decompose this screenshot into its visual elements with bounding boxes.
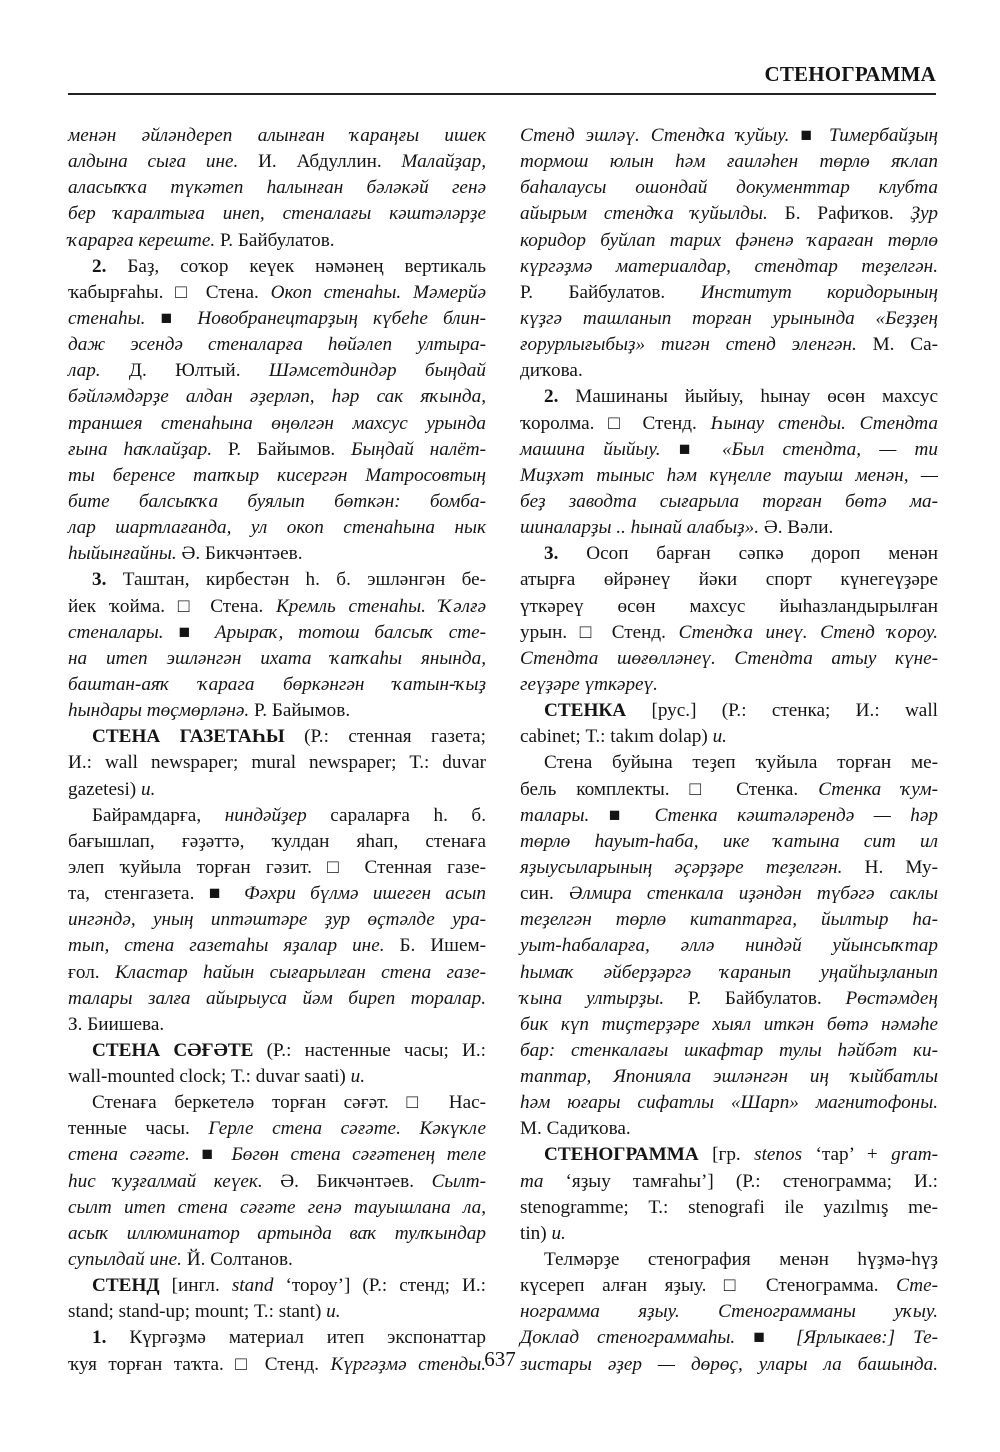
text-line: һымаҡ әйберҙәргә ҡаранып уңайһыҙланып [520,960,938,986]
italic-text: Институт коридорының [701,282,938,303]
text-line: тенные часы. Герле стена сәғәте. Кәкүкле [68,1116,486,1142]
text-line: Р. Байбулатов. Институт коридорының [520,280,938,306]
text-line: бер ҡаралтыға инеп, стеналағы кәштәләрҙе [68,201,486,227]
italic-text: тып, стена газетаһы яҙалар ине. [68,935,400,956]
text-line: Миҙхәт тыныс һәм күңелле тауыш менән, — [520,463,938,489]
italic-text: бәйләмдәрҙе алдан әҙерләп, һәр сак яҡынд… [68,386,486,407]
text-line: даж эсендә стеналарға һөйәлеп ултыра- [68,332,486,358]
text: Осоп барған сәпкә дороп менән [586,543,938,564]
text-line: stenogramme; Т.: stenografi ile yazılmış… [520,1195,938,1221]
text: tin) [520,1223,551,1244]
text: gazetesi) [68,779,141,800]
text: Р. Байымов. [228,439,351,460]
italic-text: и. [326,1301,340,1322]
text: И.: wall newspaper; mural newspaper; Т.:… [68,752,486,773]
text: ■ [800,125,829,146]
text: бель комплекты. □ Стенка. [520,779,818,800]
text: атырға өйрәнеү йәки спорт күнегеүҙәре [520,569,938,590]
text-line: тып, стена газетаһы яҙалар ине. Б. Ишем- [68,933,486,959]
italic-text: ғорурлығыбыҙ» тигән стенд эленгән. [520,334,873,355]
text: Таштан, кирбестән һ. б. эшләнгән бе- [123,569,486,590]
text-line: күргәҙмә материалдар, стендтар теҙелгән. [520,254,938,280]
italic-text: Фәхри бүлмә ишеген асып [244,883,486,904]
text: [рус.] (Р.: стенка; И.: wall [651,700,938,721]
italic-text: таптар, Японияла эшләнгән иң ҡыйбатлы [520,1066,938,1087]
italic-text: уыт-һабаларға, әллә ниндәй уйынсыҡтар [520,935,938,956]
text-line: на итеп эшләнгән ихата ҡапҡаһы янында, [68,646,486,672]
text-line: бите балсыҡҡа буялып бөткән: бомба- [68,489,486,515]
text-line: һыйынғайны. Ә. Бикчәнтәев. [68,541,486,567]
text: ғол. [68,962,115,983]
italic-text: Герле стена сәғәте. Кәкүкле [208,1118,486,1139]
text: Й. Солтанов. [187,1249,293,1270]
text-line: СТЕНД [ингл. stand ‘тороу’] (Р.: стенд; … [68,1273,486,1299]
text: ■ [178,622,214,643]
text-line: лар шартлағанда, ул окоп стенаһына нык [68,515,486,541]
text: ҡоролма. □ Стенд. [520,413,711,434]
italic-text: Тимербайҙың [829,125,938,146]
text-line: күсереп алған яҙыу. □ Стенограмма. Сте- [520,1273,938,1299]
text-line: ғына һаҡлайҙар. Р. Байымов. Быңдай налёт… [68,437,486,463]
text-line: бар: стенкалағы шкафтар тулы һәйбәт ки- [520,1038,938,1064]
text-line: СТЕНА СӘҒӘТЕ (Р.: настенные часы; И.: [68,1038,486,1064]
running-head: СТЕНОГРАММА [764,62,936,87]
text-line: лар. Д. Юлтый. Шәмсетдиндәр быңдай [68,358,486,384]
italic-text: бите балсыҡҡа буялып бөткән: бомба- [68,491,486,512]
italic-text: Бөгөн стена сәғәтенең теле [231,1144,486,1165]
text: ■ [609,805,655,826]
italic-text: ғына һаҡлайҙар. [68,439,228,460]
italic-text: күргәҙмә материалдар, стендтар теҙелгән. [520,256,938,277]
italic-text: ҡарарға кереште. [68,230,220,251]
italic-text: шиналарҙы .. һынай алабыҙ». [520,517,764,538]
text-line: ҡоролма. □ Стенд. Һынау стенды. Стендта [520,411,938,437]
text: күсереп алған яҙыу. □ Стенограмма. [520,1275,896,1296]
text-line: 2. Машинаны йыйыу, һынау өсөн махсус [520,384,938,410]
italic-text: стеналары. [68,622,178,643]
italic-text: Новобранецтарҙың күбеһе блин- [197,308,486,329]
text-line: 2. Баҙ, соҡор кеүек нәмәнең вертикаль [68,254,486,280]
italic-text: Малайҙар, [401,151,486,172]
text-line: СТЕНА ГАЗЕТАҺЫ (Р.: стенная газета; [68,724,486,750]
text-line: ғол. Кластар һайын сығарылған стена газе… [68,960,486,986]
italic-text: баштан-аяҡ ҡарага бөркәнгән ҡатын-ҡыҙ [68,674,486,695]
text-line: СТЕНКА [рус.] (Р.: стенка; И.: wall [520,698,938,724]
italic-text: сылт итеп стена сәғәте генә тауышлана ла… [68,1197,486,1218]
text-line: һәм юғары сифатлы «Шарп» магнитофоны. [520,1090,938,1116]
text-line: һис ҡуҙғалмай кеүек. Ә. Бикчәнтәев. Сылт… [68,1169,486,1195]
text: М. Садиҡова. [520,1118,631,1139]
text: Р. Байбулатов. [520,282,701,303]
text-line: коридор буйлап тарих фәненә ҡараған төрл… [520,228,938,254]
headword: 2. [92,256,127,277]
text-line: 3. Таштан, кирбестән һ. б. эшләнгән бе- [68,567,486,593]
headword: СТЕНКА [544,700,651,721]
text-line: Стенаға беркетелә торған сәғәт. □ Нас- [68,1090,486,1116]
text: Р. Байбулатов. [220,230,335,251]
headword: 3. [92,569,123,590]
italic-text: gram- [891,1144,938,1165]
text-line: траншея стенаһына өңөлгән махсус урында [68,411,486,437]
italic-text: айырым стендҡа ҡуйылды. [520,203,785,224]
text: диҡова. [520,360,583,381]
text: ■ [160,308,197,329]
text-line: тормош юлын һәм ғаиләһен төрлө яҡлап [520,149,938,175]
italic-text: и. [713,726,727,747]
italic-text: аласыҡҡа түкәтеп һалынған бәләкәй генә [68,177,486,198]
italic-text: талары залға айырыуса йәм биреп торалар. [68,988,486,1009]
italic-text: и. [141,779,155,800]
text-line: бик күп тиҫтерҙәре хыял иткән бөтә нәмәһ… [520,1012,938,1038]
text-line: баштан-аяҡ ҡарага бөркәнгән ҡатын-ҡыҙ [68,672,486,698]
headword: 3. [544,543,586,564]
text-line: СТЕНОГРАММА [гр. stenos ‘тар’ + gram- [520,1142,938,1168]
italic-text: Стендҡа инеү. Стенд ҡороу. [679,622,938,643]
italic-text: бик күп тиҫтерҙәре хыял иткән бөтә нәмәһ… [520,1014,938,1035]
text: урын. □ Стенд. [520,622,679,643]
text-line: үткәреү өсөн махсус йыһазландырылған [520,594,938,620]
italic-text: һис ҡуҙғалмай кеүек. [68,1171,280,1192]
text-line: Стендта шөғөлләнеү. Стендта атыу күне- [520,646,938,672]
text: stenogramme; Т.: stenografi ile yazılmış… [520,1197,938,1218]
text-line: та, стенгазета. ■ Фәхри бүлмә ишеген асы… [68,881,486,907]
text: бағышлап, ғәҙәттә, ҡулдан яһап, стенаға [68,831,486,852]
text-line: талары залға айырыуса йәм биреп торалар. [68,986,486,1012]
italic-text: һымаҡ әйберҙәргә ҡаранып уңайһыҙланып [520,962,938,983]
text-line: Телмәрҙе стенография менән һүҙмә-һүҙ [520,1247,938,1273]
text-line: супылдай ине. Й. Солтанов. [68,1247,486,1273]
text: wall-mounted clock; Т.: duvar saati) [68,1066,351,1087]
text-line: стенаһы. ■ Новобранецтарҙың күбеһе блин- [68,306,486,332]
text-line: баһалаусы ошондай документтар клубта [520,175,938,201]
text-line: стена сәғәте. ■ Бөгөн стена сәғәтенең те… [68,1142,486,1168]
text-line: төрлө һауыт-һаба, ике ҡатына сит ил [520,829,938,855]
text-line: Стенд эшләү. Стендҡа ҡуйыу. ■ Тимербайҙы… [520,123,938,149]
right-column: Стенд эшләү. Стендҡа ҡуйыу. ■ Тимербайҙы… [520,123,938,1378]
text-line: И.: wall newspaper; mural newspaper; Т.:… [68,750,486,776]
italic-text: Кремль стенаһы. Ҡәлғә [276,596,486,617]
text: Р. Байымов. [254,700,350,721]
italic-text: Быңдай налёт- [351,439,486,460]
headword: СТЕНА СӘҒӘТЕ [92,1040,267,1061]
text: Күргәҙмә материал итеп экспонаттар [129,1327,486,1348]
text-line: элеп ҡуйыла торған гәзит. □ Стенная газе… [68,855,486,881]
headword: СТЕНД [92,1275,172,1296]
text-line: атырға өйрәнеү йәки спорт күнегеүҙәре [520,567,938,593]
header-rule [68,93,936,95]
italic-text: ҡына ултырҙы. [520,988,688,1009]
text-line: ҡарарға кереште. Р. Байбулатов. [68,228,486,254]
text-line: ты беренсе тапҡыр кисергән Матросовтың [68,463,486,489]
italic-text: и. [551,1223,565,1244]
italic-text: Стенка кәштәләрендә — һәр [655,805,938,826]
italic-text: Стенд эшләү. Стендҡа ҡуйыу. [520,125,800,146]
italic-text: Доклад стенограммаһы. [520,1327,753,1348]
text: Ә. Вәли. [764,517,833,538]
italic-text: даж эсендә стеналарға һөйәлеп ултыра- [68,334,486,355]
headword: СТЕНА ГАЗЕТАҺЫ [92,726,304,747]
text-line: син. Әлмира стенкала иҙәндән түбәгә сакл… [520,881,938,907]
headword: 1. [92,1327,129,1348]
italic-text: Һынау стенды. Стендта [711,413,938,434]
text-line: бәйләмдәрҙе алдан әҙерләп, һәр сак яҡынд… [68,384,486,410]
text: та, стенгазета. ■ [68,883,244,904]
italic-text: Миҙхәт тыныс һәм күңелле тауыш менән, — [520,465,938,486]
text-line: Байрамдарға, ниндәйҙер сараларға һ. б. [68,803,486,829]
text-line: диҡова. [520,358,938,384]
text: Ә. Бикчәнтәев. [181,543,302,564]
text: З. Биишева. [68,1014,164,1035]
text: [ингл. [172,1275,232,1296]
italic-text: һындары төҫмөрләнә. [68,700,254,721]
left-column: менән әйләндереп алынған ҡараңғы ишекалд… [68,123,486,1378]
text: ■ [753,1327,796,1348]
italic-text: [Ярлыкаев:] Те- [796,1327,938,1348]
text: тенные часы. [68,1118,208,1139]
text-line: уыт-һабаларға, әллә ниндәй уйынсыҡтар [520,933,938,959]
text-line: йек ҡойма. □ Стена. Кремль стенаһы. Ҡәлғ… [68,594,486,620]
text: йек ҡойма. □ Стена. [68,596,276,617]
italic-text: Шәмсетдиндәр быңдай [269,360,486,381]
text-line: gazetesi) и. [68,777,486,803]
italic-text: Әлмира стенкала иҙәндән түбәгә саклы [569,883,938,904]
italic-text: төрлө һауыт-һаба, ике ҡатына сит ил [520,831,938,852]
text-line: stand; stand-up; mount; Т.: stant) и. [68,1299,486,1325]
italic-text: stenos [754,1144,815,1165]
text-line: нограмма яҙыу. Стенограмманы уҡыу. [520,1299,938,1325]
text-line: cabinet; Т.: takım dolap) и. [520,724,938,750]
italic-text: тормош юлын һәм ғаиләһен төрлө яҡлап [520,151,938,172]
text-line: урын. □ Стенд. Стендҡа инеү. Стенд ҡороу… [520,620,938,646]
text-line: ma ‘яҙыу тамғаһы’] (Р.: стенограмма; И.: [520,1169,938,1195]
text: сараларға һ. б. [330,805,486,826]
text: (Р.: настенные часы; И.: [267,1040,486,1061]
text: Д. Юлтый. [129,360,269,381]
text-line: теҙелгән төрлө китаптарға, йылтыр һа- [520,907,938,933]
text: ‘тороу’] (Р.: стенд; И.: [285,1275,486,1296]
text-line: tin) и. [520,1221,938,1247]
italic-text: асыҡ иллюминатор артында ваҡ тулҡындар [68,1223,486,1244]
text: cabinet; Т.: takım dolap) [520,726,713,747]
text: Байрамдарға, [92,805,225,826]
text: ‘яҙыу тамғаһы’] (Р.: стенограмма; И.: [566,1171,938,1192]
italic-text: лар шартлағанда, ул окоп стенаһына нык [68,517,486,538]
italic-text: лар. [68,360,129,381]
text-line: стеналары. ■ Арыраҡ, тотош балсыҡ сте- [68,620,486,646]
text: Машинаны йыйыу, һынау өсөн махсус [575,386,938,407]
italic-text: баһалаусы ошондай документтар клубта [520,177,938,198]
italic-text: алдына сыға ине. [68,151,258,172]
italic-text: Сылт- [432,1171,486,1192]
text-line: аласыҡҡа түкәтеп һалынған бәләкәй генә [68,175,486,201]
italic-text: Кластар һайын сығарылған стена газе- [115,962,486,983]
text: Ә. Бикчәнтәев. [280,1171,431,1192]
text: Р. Байбулатов. [688,988,846,1009]
text-line: һындары төҫмөрләнә. Р. Байымов. [68,698,486,724]
italic-text: «Был стендта, — ти [722,439,938,460]
text-line: беҙ заводта сығарыла торған бөтә ма- [520,489,938,515]
text-line: ғорурлығыбыҙ» тигән стенд эленгән. М. Са… [520,332,938,358]
text: stand; stand-up; mount; Т.: stant) [68,1301,326,1322]
text: Телмәрҙе стенография менән һүҙмә-һүҙ [544,1249,938,1270]
text-line: 3. Осоп барған сәпкә дороп менән [520,541,938,567]
italic-text: Рөстәмдең [846,988,938,1009]
italic-text: стенаһы. [68,308,160,329]
italic-text: машина йыйыу. [520,439,679,460]
text-line: асыҡ иллюминатор артында ваҡ тулҡындар [68,1221,486,1247]
italic-text: Арыраҡ, тотош балсыҡ сте- [215,622,486,643]
text-line: шиналарҙы .. һынай алабыҙ». Ә. Вәли. [520,515,938,541]
text: ■ [679,439,722,460]
text: ‘тар’ + [815,1144,891,1165]
text-line: айырым стендҡа ҡуйылды. Б. Рафиҡов. Ҙур [520,201,938,227]
text-line: машина йыйыу. ■ «Был стендта, — ти [520,437,938,463]
text-line: Стена буйына теҙеп ҡуйыла торған ме- [520,750,938,776]
headword: СТЕНОГРАММА [544,1144,712,1165]
italic-text: бер ҡаралтыға инеп, стеналағы кәштәләрҙе [68,203,486,224]
italic-text: менән әйләндереп алынған ҡараңғы ишек [68,125,486,146]
text-line: М. Садиҡова. [520,1116,938,1142]
text: ■ [201,1144,231,1165]
text-line: ингәндә, уның иптәштәре ҙур өҫтәлде ура- [68,907,486,933]
text-line: талары. ■ Стенка кәштәләрендә — һәр [520,803,938,829]
italic-text: һәм юғары сифатлы «Шарп» магнитофоны. [520,1092,938,1113]
italic-text: нограмма яҙыу. Стенограмманы уҡыу. [520,1301,938,1322]
text: элеп ҡуйыла торған гәзит. □ Стенная газе… [68,857,486,878]
italic-text: коридор буйлап тарих фәненә ҡараған төрл… [520,230,938,251]
text-line: геүҙәре үткәреү. [520,672,938,698]
text: (Р.: стенная газета; [304,726,486,747]
text: Н. Му- [865,857,938,878]
italic-text: Ҙур [911,203,938,224]
text: И. Абдуллин. [258,151,401,172]
text-line: З. Биишева. [68,1012,486,1038]
text: Стенаға беркетелә торған сәғәт. □ Нас- [92,1092,486,1113]
page-number: 637 [0,1347,1000,1372]
italic-text: геүҙәре үткәреү. [520,674,658,695]
italic-text: ниндәйҙер [225,805,331,826]
italic-text: и. [351,1066,365,1087]
italic-text: ты беренсе тапҡыр кисергән Матросовтың [68,465,486,486]
italic-text: һыйынғайны. [68,543,181,564]
text: [гр. [712,1144,754,1165]
italic-text: стена сәғәте. [68,1144,201,1165]
italic-text: stand [232,1275,286,1296]
italic-text: Стенка ҡум- [818,779,938,800]
text-line: күҙгә ташланып торған урынында «Беҙҙең [520,306,938,332]
text-line: менән әйләндереп алынған ҡараңғы ишек [68,123,486,149]
text-line: wall-mounted clock; Т.: duvar saati) и. [68,1064,486,1090]
text-line: ҡабырғаһы. □ Стена. Окоп стенаһы. Мәмерй… [68,280,486,306]
italic-text: яҙыусыларының әҫәрҙәре теҙелгән. [520,857,865,878]
italic-text: бар: стенкалағы шкафтар тулы һәйбәт ки- [520,1040,938,1061]
italic-text: траншея стенаһына өңөлгән махсус урында [68,413,486,434]
headword: 2. [544,386,575,407]
text-line: таптар, Японияла эшләнгән иң ҡыйбатлы [520,1064,938,1090]
italic-text: ma [520,1171,566,1192]
italic-text: супылдай ине. [68,1249,187,1270]
italic-text: Сте- [896,1275,938,1296]
text-line: алдына сыға ине. И. Абдуллин. Малайҙар, [68,149,486,175]
italic-text: күҙгә ташланып торған урынында «Беҙҙең [520,308,938,329]
text: Баҙ, соҡор кеүек нәмәнең вертикаль [127,256,486,277]
text: үткәреү өсөн махсус йыһазландырылған [520,596,938,617]
italic-text: талары. [520,805,609,826]
text-line: яҙыусыларының әҫәрҙәре теҙелгән. Н. Му- [520,855,938,881]
text-line: ҡына ултырҙы. Р. Байбулатов. Рөстәмдең [520,986,938,1012]
text: ҡабырғаһы. □ Стена. [68,282,271,303]
text: Б. Ишем- [400,935,486,956]
italic-text: на итеп эшләнгән ихата ҡапҡаһы янында, [68,648,486,669]
text-line: бағышлап, ғәҙәттә, ҡулдан яһап, стенаға [68,829,486,855]
italic-text: Окоп стенаһы. Мәмерйә [271,282,486,303]
text: син. [520,883,569,904]
italic-text: Стендта шөғөлләнеү. Стендта атыу күне- [520,648,938,669]
text: Стена буйына теҙеп ҡуйыла торған ме- [544,752,938,773]
italic-text: ингәндә, уның иптәштәре ҙур өҫтәлде ура- [68,909,486,930]
text-line: бель комплекты. □ Стенка. Стенка ҡум- [520,777,938,803]
italic-text: теҙелгән төрлө китаптарға, йылтыр һа- [520,909,938,930]
italic-text: беҙ заводта сығарыла торған бөтә ма- [520,491,938,512]
text: Б. Рафиҡов. [785,203,911,224]
text: М. Са- [873,334,938,355]
text-line: сылт итеп стена сәғәте генә тауышлана ла… [68,1195,486,1221]
